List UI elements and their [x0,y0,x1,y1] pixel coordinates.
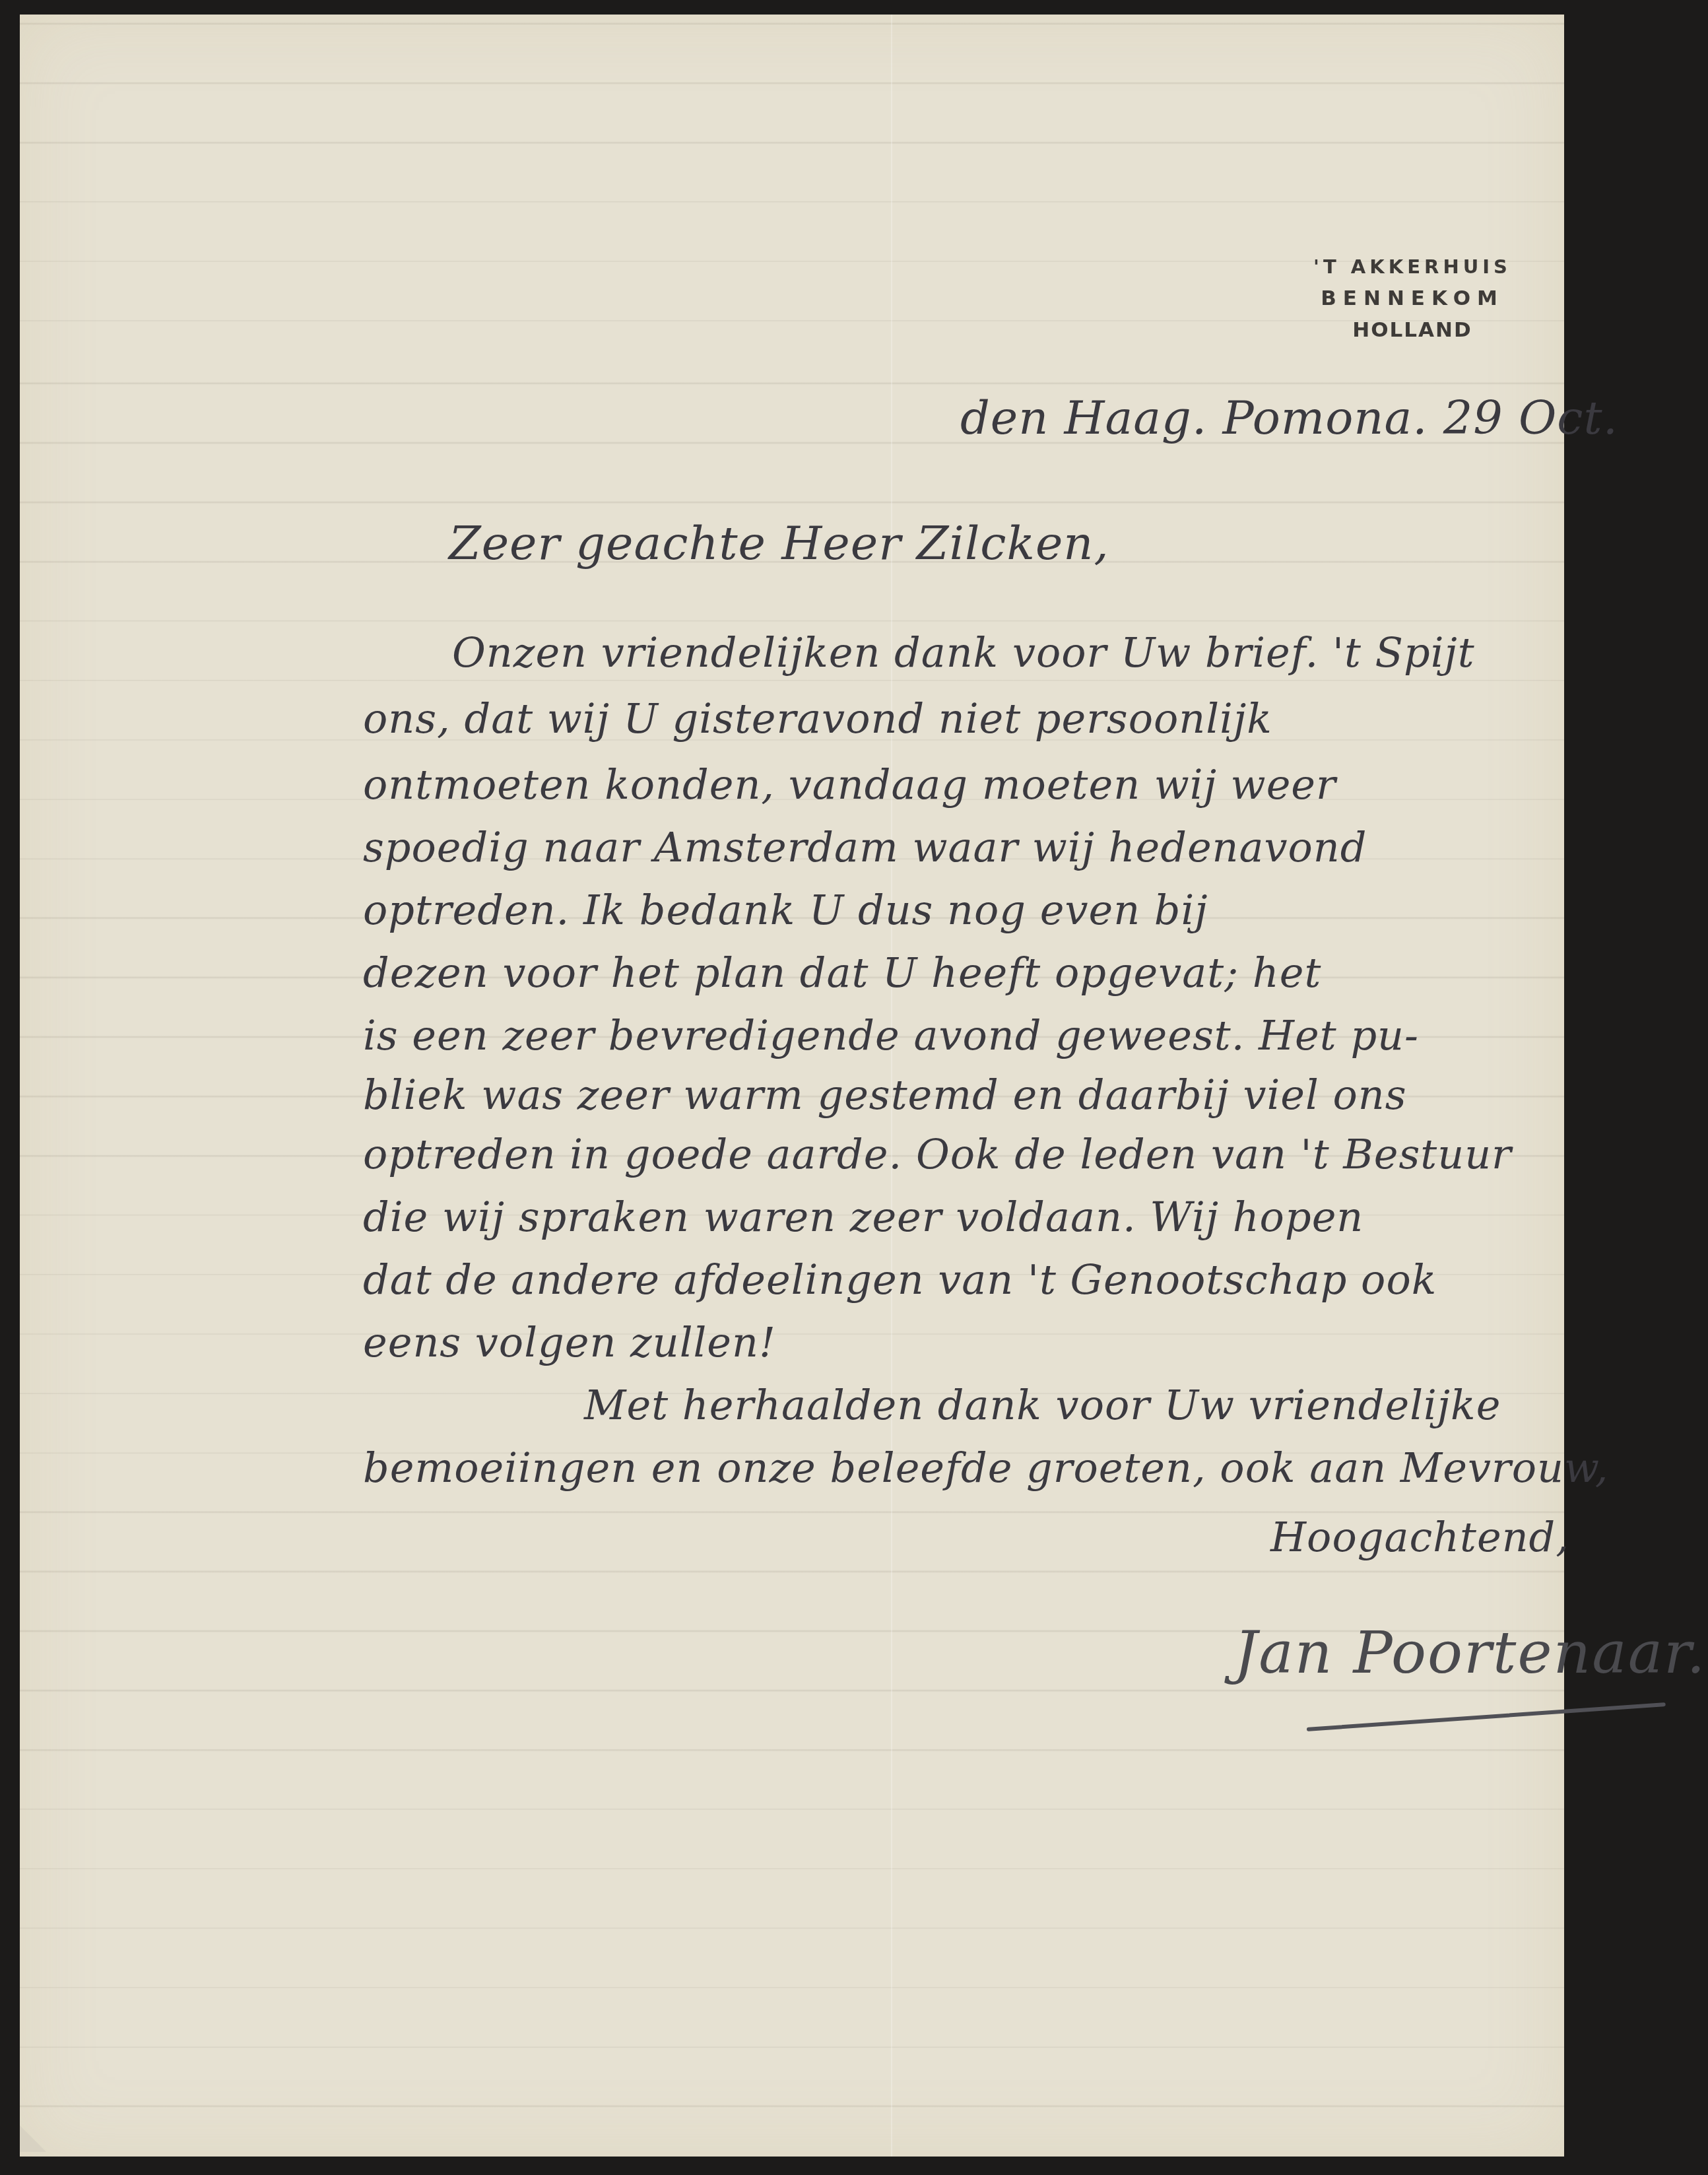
signature-flourish [1307,1702,1666,1731]
letterhead-town: BENNEKOM [1300,283,1525,314]
body-line: eens volgen zullen! [363,1318,776,1366]
body-line: ontmoeten konden, vandaag moeten wij wee… [363,760,1336,809]
body-line: Onzen vriendelijken dank voor Uw brief. … [452,628,1475,677]
letterhead: 'T AKKERHUIS BENNEKOM HOLLAND [1300,251,1525,346]
body-line: die wij spraken waren zeer voldaan. Wij … [363,1193,1363,1241]
body-line: bemoeiingen en onze beleefde groeten, oo… [363,1444,1608,1492]
salutation: Zeer geachte Heer Zilcken, [449,516,1109,570]
closing: Hoogachtend, [1270,1513,1569,1561]
letterhead-house: 'T AKKERHUIS [1300,251,1525,283]
body-line: ons, dat wij U gisteravond niet persoonl… [363,694,1272,743]
body-line: optreden in goede aarde. Ook de leden va… [363,1130,1512,1178]
paper-corner-fold [20,2125,46,2152]
body-line: Met herhaalden dank voor Uw vriendelijke [584,1381,1501,1429]
dateline: den Haag. Pomona. 29 Oct. [960,391,1618,445]
body-line: dat de andere afdeelingen van 't Genoots… [363,1255,1437,1304]
body-line: bliek was zeer warm gestemd en daarbij v… [363,1071,1407,1119]
signature: Jan Poortenaar. [1234,1619,1706,1687]
body-line: dezen voor het plan dat U heeft opgevat;… [363,949,1321,997]
body-line: spoedig naar Amsterdam waar wij hedenavo… [363,823,1367,871]
letterhead-country: HOLLAND [1300,314,1525,346]
letter-sheet: 'T AKKERHUIS BENNEKOM HOLLAND den Haag. … [20,15,1564,2157]
body-line: optreden. Ik bedank U dus nog even bij [363,886,1208,934]
body-line: is een zeer bevredigende avond geweest. … [363,1011,1419,1059]
